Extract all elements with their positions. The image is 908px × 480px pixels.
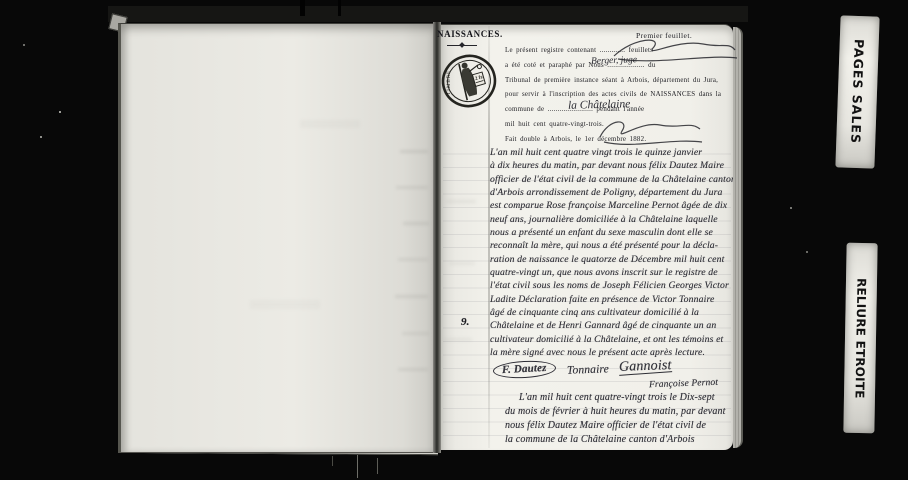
manuscript-line: l'état civil sous les noms de Joseph Fél… <box>490 279 733 292</box>
film-edge-strip <box>108 6 748 22</box>
ink-bleed <box>403 222 429 225</box>
page-stack-edge <box>733 27 743 448</box>
manuscript-line: cultivateur domicilié à la Châtelaine, e… <box>490 333 733 346</box>
film-label-reliure-etroite: RELIURE ETROITE <box>843 243 877 434</box>
signature-witness-2: Gannoist <box>619 358 672 377</box>
ink-bleed <box>300 120 360 128</box>
preamble-line: Tribunal de première instance séant à Ar… <box>505 74 734 89</box>
manuscript-line: d'Arbois arrondissement de Poligny, dépa… <box>490 186 733 199</box>
film-scratch <box>357 455 358 478</box>
ink-bleed <box>400 150 428 153</box>
film-label-pages-sales: PAGES SALES <box>835 15 879 168</box>
manuscript-line: la mère signé avec nous le présent acte … <box>490 346 733 359</box>
manuscript-line: neuf ans, journalière domiciliée à la Ch… <box>490 213 733 226</box>
microfilm-frame: NAISSANCES. Premier feuillet. 2 fr. TIMB… <box>0 0 908 480</box>
ink-bleed <box>398 258 428 261</box>
film-speck <box>806 251 808 253</box>
stamp-agency: TIMBRE <box>447 70 452 95</box>
birth-act-1-text: L'an mil huit cent quatre vingt trois le… <box>490 146 733 362</box>
film-speck <box>59 111 61 113</box>
manuscript-line: reconnaît la mère, qui nous a été présen… <box>490 239 733 252</box>
manuscript-line: L'an mil huit cent quatre-vingt trois le… <box>505 391 735 405</box>
film-scratch <box>332 456 333 466</box>
fill-commune-name: la Châtelaine <box>568 98 631 112</box>
ink-bleed <box>395 295 428 298</box>
judge-paraph-flourish <box>608 35 740 65</box>
title-ornament-rule <box>447 45 477 46</box>
signature-witness-1: Tonnaire <box>567 363 609 376</box>
manuscript-line: Ladite Déclaration faite en présence de … <box>490 293 733 306</box>
manuscript-line: nous félix Dautez Maire officier de l'ét… <box>505 419 735 433</box>
ink-bleed <box>398 368 428 371</box>
section-title: NAISSANCES. <box>437 29 497 39</box>
manuscript-line: Châtelaine et de Henri Gannard âgé de ci… <box>490 319 733 332</box>
ink-bleed <box>446 200 476 203</box>
ink-bleed <box>396 186 428 189</box>
ink-bleed <box>402 332 429 335</box>
film-speck <box>790 207 792 209</box>
manuscript-line: quatre-vingt un, que nous avons inscrit … <box>490 266 733 279</box>
left-page-blank <box>118 23 434 453</box>
ink-bleed <box>449 262 475 265</box>
film-scratch <box>338 0 341 16</box>
manuscript-line: officier de l'état civil de la commune d… <box>490 173 733 186</box>
film-label-text: RELIURE ETROITE <box>852 278 868 399</box>
manuscript-line: nous a présenté un enfant du sexe mascul… <box>490 226 733 239</box>
margin-note: 9. <box>461 316 470 328</box>
ink-bleed <box>250 300 320 309</box>
birth-act-2-text: L'an mil huit cent quatre-vingt trois le… <box>505 391 735 449</box>
ink-bleed <box>444 338 472 341</box>
manuscript-line: du mois de février à huit heures du mati… <box>505 405 735 419</box>
film-label-text: PAGES SALES <box>848 39 867 144</box>
manuscript-line: âgé de cinquante cinq ans cultivateur do… <box>490 306 733 319</box>
manuscript-line: est comparue Rose françoise Marceline Pe… <box>490 199 733 212</box>
manuscript-line: la commune de la Châtelaine canton d'Arb… <box>505 433 735 447</box>
film-speck <box>40 136 42 138</box>
date-signature-flourish <box>592 115 708 149</box>
film-speck <box>23 44 25 46</box>
manuscript-line: ration de naissance le quatorze de Décem… <box>490 253 733 266</box>
film-scratch <box>300 0 305 16</box>
manuscript-line: à dix heures du matin, par devant nous f… <box>490 159 733 172</box>
film-scratch <box>377 458 378 474</box>
